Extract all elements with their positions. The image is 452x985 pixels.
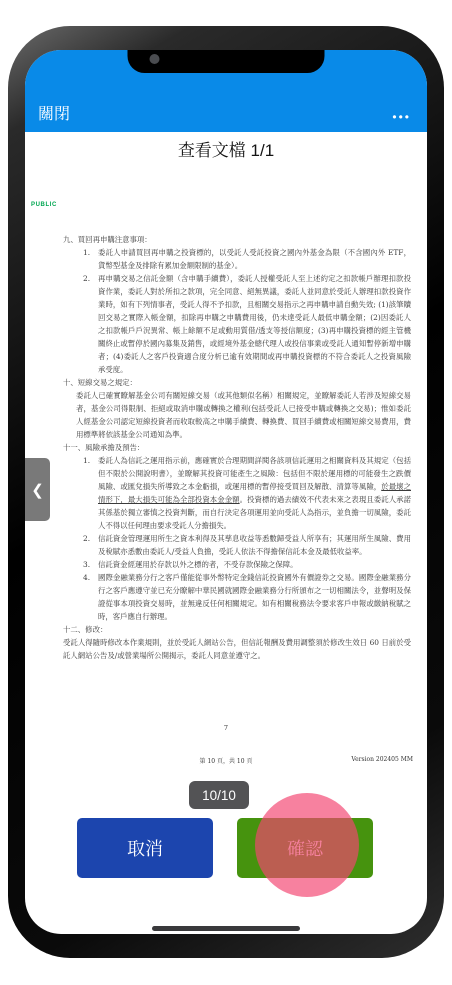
version-label: Version 202405 MM	[351, 756, 413, 763]
phone-screen: 關閉 ••• 查看文檔 1/1 PUBLIC 九、買回再申購注意事項： 1. 委…	[25, 50, 427, 934]
list-item-number: 2.	[83, 272, 98, 376]
close-button[interactable]: 關閉	[38, 107, 70, 123]
public-watermark: PUBLIC	[31, 202, 57, 208]
list-item-number: 1.	[83, 246, 98, 272]
list-item-number: 3.	[83, 558, 98, 571]
risk-text-before: 委託人為信託之運用指示前，應確實於合理期間詳閱各該項信託運用之相關資料及其規定（…	[98, 456, 411, 491]
chevron-left-icon: ❮	[31, 481, 44, 499]
phone-notch	[128, 50, 325, 73]
section-11-heading: 十一、風險承擔及預告：	[63, 441, 411, 454]
document-title: 查看文檔 1/1	[25, 136, 427, 161]
list-item-text: 委託人申請買回再申購之投資標的，以受託人受託投資之國內外基金為限（不含國內外 E…	[98, 246, 411, 272]
section-10-body: 委託人已確實瞭解基金公司有關短線交易（或其他類似名稱）相關規定，並瞭解委託人若涉…	[63, 389, 411, 441]
list-item-text: 信託資金經運用於存款以外之標的者，不受存款保險之保障。	[98, 558, 411, 571]
more-options-icon[interactable]: •••	[392, 111, 411, 123]
list-item-text: 信託資金管理運用所生之資本利得及其孳息收益等悉數歸受益人所享有；其運用所生風險、…	[98, 532, 411, 558]
list-item-number: 4.	[83, 571, 98, 623]
document-footer: 第 10 頁，共 10 頁 Version 202405 MM	[25, 756, 427, 766]
page-indicator-badge: 10/10	[189, 781, 249, 809]
section-10-heading: 十、短線交易之規定：	[63, 376, 411, 389]
list-item-text: 委託人為信託之運用指示前，應確實於合理期間詳閱各該項信託運用之相關資料及其規定（…	[98, 454, 411, 532]
section-12-heading: 十二、修改：	[63, 623, 411, 636]
document-body: 九、買回再申購注意事項： 1. 委託人申請買回再申購之投資標的，以受託人受託投資…	[63, 233, 411, 662]
list-item-text: 再申購交易之信託金額（含申購手續費），委託人授權受託人至上述約定之扣款帳戶辦理扣…	[98, 272, 411, 376]
list-item-text: 國際金融業務分行之客戶僅能從事外幣特定金錢信託投資國外有價證券之交易。國際金融業…	[98, 571, 411, 623]
confirm-button[interactable]: 確認	[237, 818, 373, 878]
section-11-item-3: 3. 信託資金經運用於存款以外之標的者，不受存款保險之保障。	[63, 558, 411, 571]
phone-frame: 關閉 ••• 查看文檔 1/1 PUBLIC 九、買回再申購注意事項： 1. 委…	[8, 26, 444, 958]
section-9-item-1: 1. 委託人申請買回再申購之投資標的，以受託人受託投資之國內外基金為限（不含國內…	[63, 246, 411, 272]
home-indicator[interactable]	[152, 926, 300, 931]
section-9-heading: 九、買回再申購注意事項：	[63, 233, 411, 246]
camera-icon	[150, 54, 160, 64]
section-11-item-4: 4. 國際金融業務分行之客戶僅能從事外幣特定金錢信託投資國外有價證券之交易。國際…	[63, 571, 411, 623]
list-item-number: 2.	[83, 532, 98, 558]
section-11-item-2: 2. 信託資金管理運用所生之資本利得及其孳息收益等悉數歸受益人所享有；其運用所生…	[63, 532, 411, 558]
section-9-item-2: 2. 再申購交易之信託金額（含申購手續費），委託人授權受託人至上述約定之扣款帳戶…	[63, 272, 411, 376]
list-item-number: 1.	[83, 454, 98, 532]
section-12-body: 受託人得隨時修改本作業規則，並於受託人網站公告，但信託報酬及費用調整須於修改生效…	[63, 636, 411, 662]
cancel-button[interactable]: 取消	[77, 818, 213, 878]
document-page-number: 7	[25, 724, 427, 732]
prev-page-button[interactable]: ❮	[25, 458, 50, 521]
section-11-item-1: 1. 委託人為信託之運用指示前，應確實於合理期間詳閱各該項信託運用之相關資料及其…	[63, 454, 411, 532]
